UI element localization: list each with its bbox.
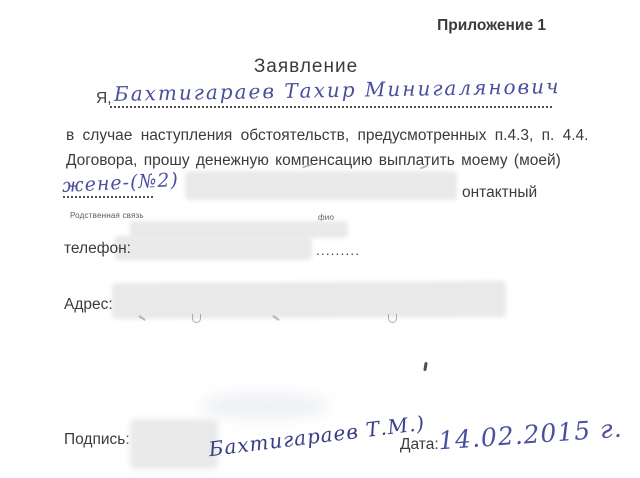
signature-label: Подпись:: [64, 431, 130, 449]
handwritten-relation: жене-(№2): [62, 169, 180, 197]
redaction-blur-signature: [130, 419, 218, 469]
body-text-line-1: в случае наступления обстоятельств, пред…: [66, 127, 588, 145]
pen-stroke: [192, 314, 201, 323]
redaction-blur-fio: [185, 171, 457, 200]
name-dotted-line: [110, 106, 552, 108]
appendix-label: Приложение 1: [437, 17, 546, 35]
handwritten-full-name: Бахтигараев Тахир Минигалянович: [114, 74, 561, 106]
address-label: Адрес:: [64, 296, 113, 314]
scan-smudge: [200, 393, 330, 419]
caption-relation: Родственная связь: [70, 211, 144, 220]
handwritten-signature: Бахтигараев Т.М.): [207, 411, 426, 461]
scanned-application-document: Приложение 1 Заявление Я, Бахтигараев Та…: [0, 0, 640, 478]
handwritten-date: 14.02.2015 г.: [437, 414, 623, 456]
phone-label: телефон:: [64, 240, 131, 258]
phone-dotted-leader: .........: [316, 242, 360, 258]
pen-stroke: [388, 314, 397, 323]
body-text-line-2: Договора, прошу денежную компенсацию вып…: [66, 152, 561, 170]
stray-ink-mark: [423, 362, 428, 371]
redaction-blur-address: [112, 281, 506, 319]
contact-text-fragment: онтактный: [462, 184, 537, 202]
relation-dotted-line: [63, 196, 153, 198]
redaction-blur-phone: [114, 236, 312, 260]
date-label: Дата:: [400, 436, 439, 454]
